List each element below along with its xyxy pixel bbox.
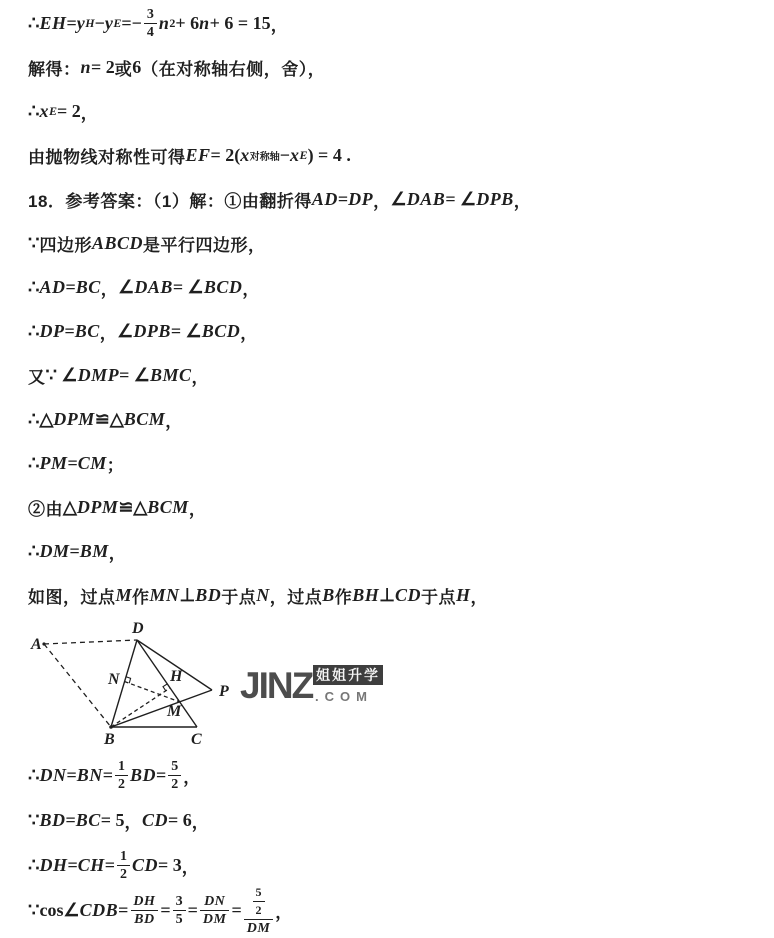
text-token: = 2( (211, 145, 241, 166)
text-token: = (103, 765, 113, 786)
text-token: x (39, 101, 49, 122)
text-line: 18．参考答案：（1）解：①由翻折得AD = DP，∠DAB = ∠DPB， (28, 177, 774, 221)
text-token: B (322, 585, 335, 606)
label-M: M (166, 703, 182, 720)
label-A: A (30, 636, 42, 653)
text-token: 4 (147, 25, 154, 40)
text-token: BCM (124, 409, 166, 430)
text-token: = (118, 900, 128, 921)
text-token: N (256, 585, 270, 606)
text-token: 又 (28, 363, 46, 388)
text-token: = ∠ (171, 321, 202, 342)
text-token: DAB (407, 189, 446, 210)
text-token: = (65, 810, 75, 831)
text-token: = (64, 321, 74, 342)
text-token: ∴ (28, 855, 39, 876)
geometry-diagram: A D B C P N H M (28, 617, 243, 753)
text-token: DP (348, 189, 373, 210)
text-token: ∴ (28, 765, 39, 786)
text-token: DP (39, 321, 64, 342)
geometry-figure-row: A D B C P N H M JINZ 姐姐升学 .COM (28, 617, 768, 753)
label-B: B (103, 731, 115, 748)
fraction: 52 (168, 758, 181, 793)
text-token: 1 (118, 759, 125, 774)
text-token: = (67, 453, 77, 474)
text-token: ∠ (391, 189, 407, 210)
text-token: ， (242, 275, 260, 300)
text-token: 作 (132, 583, 150, 608)
text-token: PM (39, 453, 67, 474)
text-token: 3 (176, 894, 183, 909)
text-token: ∵ (28, 233, 39, 254)
text-token: BD (130, 765, 156, 786)
label-C: C (191, 731, 202, 748)
text-line: ∴△ DPM ≌△ BCM， (28, 397, 774, 441)
text-token: = 2 (91, 57, 115, 78)
text-token: M (116, 585, 133, 606)
text-token: DPB (133, 321, 171, 342)
text-line: ∵cos∠CDB = DHBD = 35 = DNDM = 52DM， (28, 888, 774, 933)
text-token: CD (132, 855, 158, 876)
text-token: H (456, 585, 471, 606)
text-token: DH (133, 894, 155, 909)
text-line: ∴DM = BM， (28, 529, 774, 573)
text-token: DM (247, 921, 271, 936)
text-token: 解得： (28, 55, 81, 80)
text-token: EH (39, 13, 66, 34)
text-token: = 5 (101, 810, 125, 831)
text-token: ∵cos∠ (28, 900, 80, 921)
text-token: DN (204, 894, 225, 909)
text-line: ∵BD = BC = 5，CD = 6， (28, 798, 774, 843)
text-token: 1 (120, 849, 127, 864)
text-token: 2 (118, 777, 125, 792)
fraction: 35 (173, 893, 186, 928)
text-token: 3 (147, 7, 154, 22)
text-token: BD (39, 810, 65, 831)
text-token: = ∠ (445, 189, 476, 210)
text-line: ∴EH = yH − yE =−34n2 + 6n + 6 = 15， (28, 1, 774, 45)
text-token: E (49, 104, 57, 119)
text-token: ， (240, 319, 258, 344)
text-token: CDB (80, 900, 119, 921)
text-token: ) = 4 . (308, 145, 351, 166)
text-token: DPM (77, 497, 119, 518)
text-token: 2 (120, 867, 127, 882)
text-token: EF (186, 145, 211, 166)
text-token: 四边形 (39, 231, 92, 256)
text-token: ABCD (92, 233, 143, 254)
text-token: 5 (256, 885, 262, 899)
text-token: = (67, 855, 77, 876)
text-line: 如图，过点M作MN ⊥ BD于点N，过点B作BH ⊥ CD于点H， (28, 573, 774, 617)
page: ∴EH = yH − yE =−34n2 + 6n + 6 = 15，解得：n … (0, 0, 774, 938)
text-token: x (290, 145, 300, 166)
text-token: 如图，过点 (28, 583, 116, 608)
solution-text-top: ∴EH = yH − yE =−34n2 + 6n + 6 = 15，解得：n … (28, 1, 774, 617)
text-token: = (231, 900, 241, 921)
text-token: ≌△ (118, 497, 147, 518)
fraction: 12 (117, 848, 130, 883)
text-line: ∴DH = CH = 12CD = 3， (28, 843, 774, 888)
text-token: ； (107, 451, 125, 476)
fraction: 34 (144, 6, 157, 41)
text-token: = 3 (158, 855, 182, 876)
text-token: ∴ (28, 321, 39, 342)
text-token: n (81, 57, 92, 78)
fraction: DNDM (200, 893, 230, 928)
text-token: ⊥ (180, 585, 196, 606)
text-line: ∴DP = BC，∠DPB = ∠BCD， (28, 309, 774, 353)
text-token: = (160, 900, 170, 921)
fraction: 12 (115, 758, 128, 793)
text-token: + 6 (175, 13, 199, 34)
text-token: + 6 = 15 (210, 13, 271, 34)
text-token: 于点 (421, 583, 456, 608)
text-token: BD (195, 585, 221, 606)
text-token: ， (275, 898, 293, 923)
text-line: ∵四边形ABCD是平行四边形， (28, 221, 774, 265)
text-token: − (280, 145, 290, 166)
text-line: ∴xE = 2， (28, 89, 774, 133)
text-token: BH (352, 585, 379, 606)
text-token: BC (75, 321, 100, 342)
text-line: ∴DN = BN = 12BD = 52， (28, 753, 774, 798)
text-token: 6 (132, 57, 141, 78)
label-D: D (131, 620, 144, 637)
text-line: 解得：n = 2 或 6 （在对称轴右侧，舍）， (28, 45, 774, 89)
text-token: 18．参考答案：（1）解：①由翻折得 (28, 187, 312, 212)
text-token: BM (80, 541, 109, 562)
text-line: ∴PM = CM； (28, 441, 774, 485)
text-token: 作 (335, 583, 353, 608)
text-token: ∴ (28, 101, 39, 122)
text-token: BC (76, 810, 101, 831)
text-token: = 6 (168, 810, 192, 831)
text-line: 由抛物线对称性可得EF = 2(x对称轴 − xE) = 4 . (28, 133, 774, 177)
text-token: 对称轴 (250, 148, 280, 163)
text-token: y (77, 13, 86, 34)
text-token: = (65, 277, 75, 298)
text-token: 是平行四边形， (143, 231, 266, 256)
text-token: 5 (176, 912, 183, 927)
text-token: = 2 (57, 101, 81, 122)
text-token: = (156, 765, 166, 786)
text-token: BCM (147, 497, 189, 518)
text-token: = (66, 13, 76, 34)
text-token: DM (203, 912, 227, 927)
text-token: ， (192, 808, 210, 833)
text-token: E (300, 148, 308, 163)
text-token: n (159, 13, 170, 34)
watermark-domain: .COM (315, 689, 373, 704)
text-token: ， (373, 187, 391, 212)
text-token: ， (514, 187, 532, 212)
text-token: ， (81, 99, 99, 124)
watermark-cn-block: 姐姐升学 (313, 665, 383, 685)
text-token: AD (312, 189, 338, 210)
text-token: ， (470, 583, 488, 608)
text-line: ②由△ DPM ≌△ BCM， (28, 485, 774, 529)
text-token: DMP (78, 365, 120, 386)
text-line: 又∵ ∠DMP = ∠BMC， (28, 353, 774, 397)
text-token: E (113, 16, 121, 31)
text-token: = (69, 541, 79, 562)
text-token: DH (39, 855, 67, 876)
text-token: BD (134, 912, 154, 927)
text-token: DPM (53, 409, 95, 430)
text-token: 2 (256, 903, 262, 917)
text-token: （在对称轴右侧，舍）， (141, 55, 325, 80)
text-token: ∵ ∠ (46, 365, 78, 386)
label-N: N (107, 671, 121, 688)
text-token: ∵ (28, 810, 39, 831)
text-token: ， (182, 853, 200, 878)
text-token: ∴ (28, 541, 39, 562)
text-token: ⊥ (379, 585, 395, 606)
watermark: JINZ 姐姐升学 .COM (240, 661, 420, 715)
text-token: BCD (204, 277, 243, 298)
text-token: CH (78, 855, 105, 876)
diagram-solid-lines (111, 640, 212, 727)
text-token: CM (78, 453, 107, 474)
vertex-labels: A D B C P N H M (30, 620, 229, 748)
text-token: DN (39, 765, 66, 786)
text-token: 由抛物线对称性可得 (28, 143, 186, 168)
text-token: ，过点 (270, 583, 323, 608)
text-token: BN (77, 765, 103, 786)
text-token: ， (271, 11, 289, 36)
text-token: ∴ (28, 277, 39, 298)
text-token: = (105, 855, 115, 876)
text-token: ， (192, 363, 210, 388)
solution-text-bottom: ∴DN = BN = 12BD = 52，∵BD = BC = 5，CD = 6… (28, 753, 774, 933)
text-token: DM (39, 541, 69, 562)
text-token: ∴△ (28, 409, 53, 430)
text-token: ， (125, 808, 143, 833)
text-token: 或 (115, 55, 133, 80)
text-token: = (338, 189, 348, 210)
fraction: 52 (253, 884, 265, 919)
text-line: ∴AD = BC，∠DAB = ∠BCD， (28, 265, 774, 309)
text-token: ∠ (118, 277, 134, 298)
text-token: ， (100, 319, 118, 344)
text-token: DPB (476, 189, 514, 210)
text-token: ， (165, 407, 183, 432)
text-token: CD (142, 810, 168, 831)
text-token: 5 (171, 759, 178, 774)
text-token: CD (395, 585, 421, 606)
text-token: MN (150, 585, 180, 606)
text-token: AD (39, 277, 65, 298)
text-token: ∴ (28, 453, 39, 474)
fraction: DHBD (130, 893, 158, 928)
label-H: H (169, 668, 183, 685)
text-token: BC (76, 277, 101, 298)
text-token: = (188, 900, 198, 921)
text-token: H (85, 16, 94, 31)
text-token: ②由 (28, 495, 63, 520)
text-token: ∴ (28, 13, 39, 34)
text-token: ， (109, 539, 127, 564)
watermark-brand: JINZ (240, 672, 312, 699)
text-token: ， (183, 763, 201, 788)
text-token: n (199, 13, 210, 34)
text-token: 于点 (221, 583, 256, 608)
text-token: − (95, 13, 105, 34)
text-token: = ∠ (119, 365, 150, 386)
text-token: =− (121, 13, 142, 34)
text-token: BCD (202, 321, 241, 342)
text-token: DAB (134, 277, 173, 298)
text-token: x (240, 145, 250, 166)
text-token: ∠ (117, 321, 133, 342)
text-token: 2 (171, 777, 178, 792)
fraction: 52DM (244, 884, 274, 936)
label-P: P (218, 683, 229, 700)
text-token: BMC (150, 365, 192, 386)
text-token: ≌△ (95, 409, 124, 430)
text-token: ， (101, 275, 119, 300)
text-token: ， (189, 495, 207, 520)
text-token: = ∠ (173, 277, 204, 298)
text-token: = (66, 765, 76, 786)
text-token: △ (63, 497, 77, 518)
